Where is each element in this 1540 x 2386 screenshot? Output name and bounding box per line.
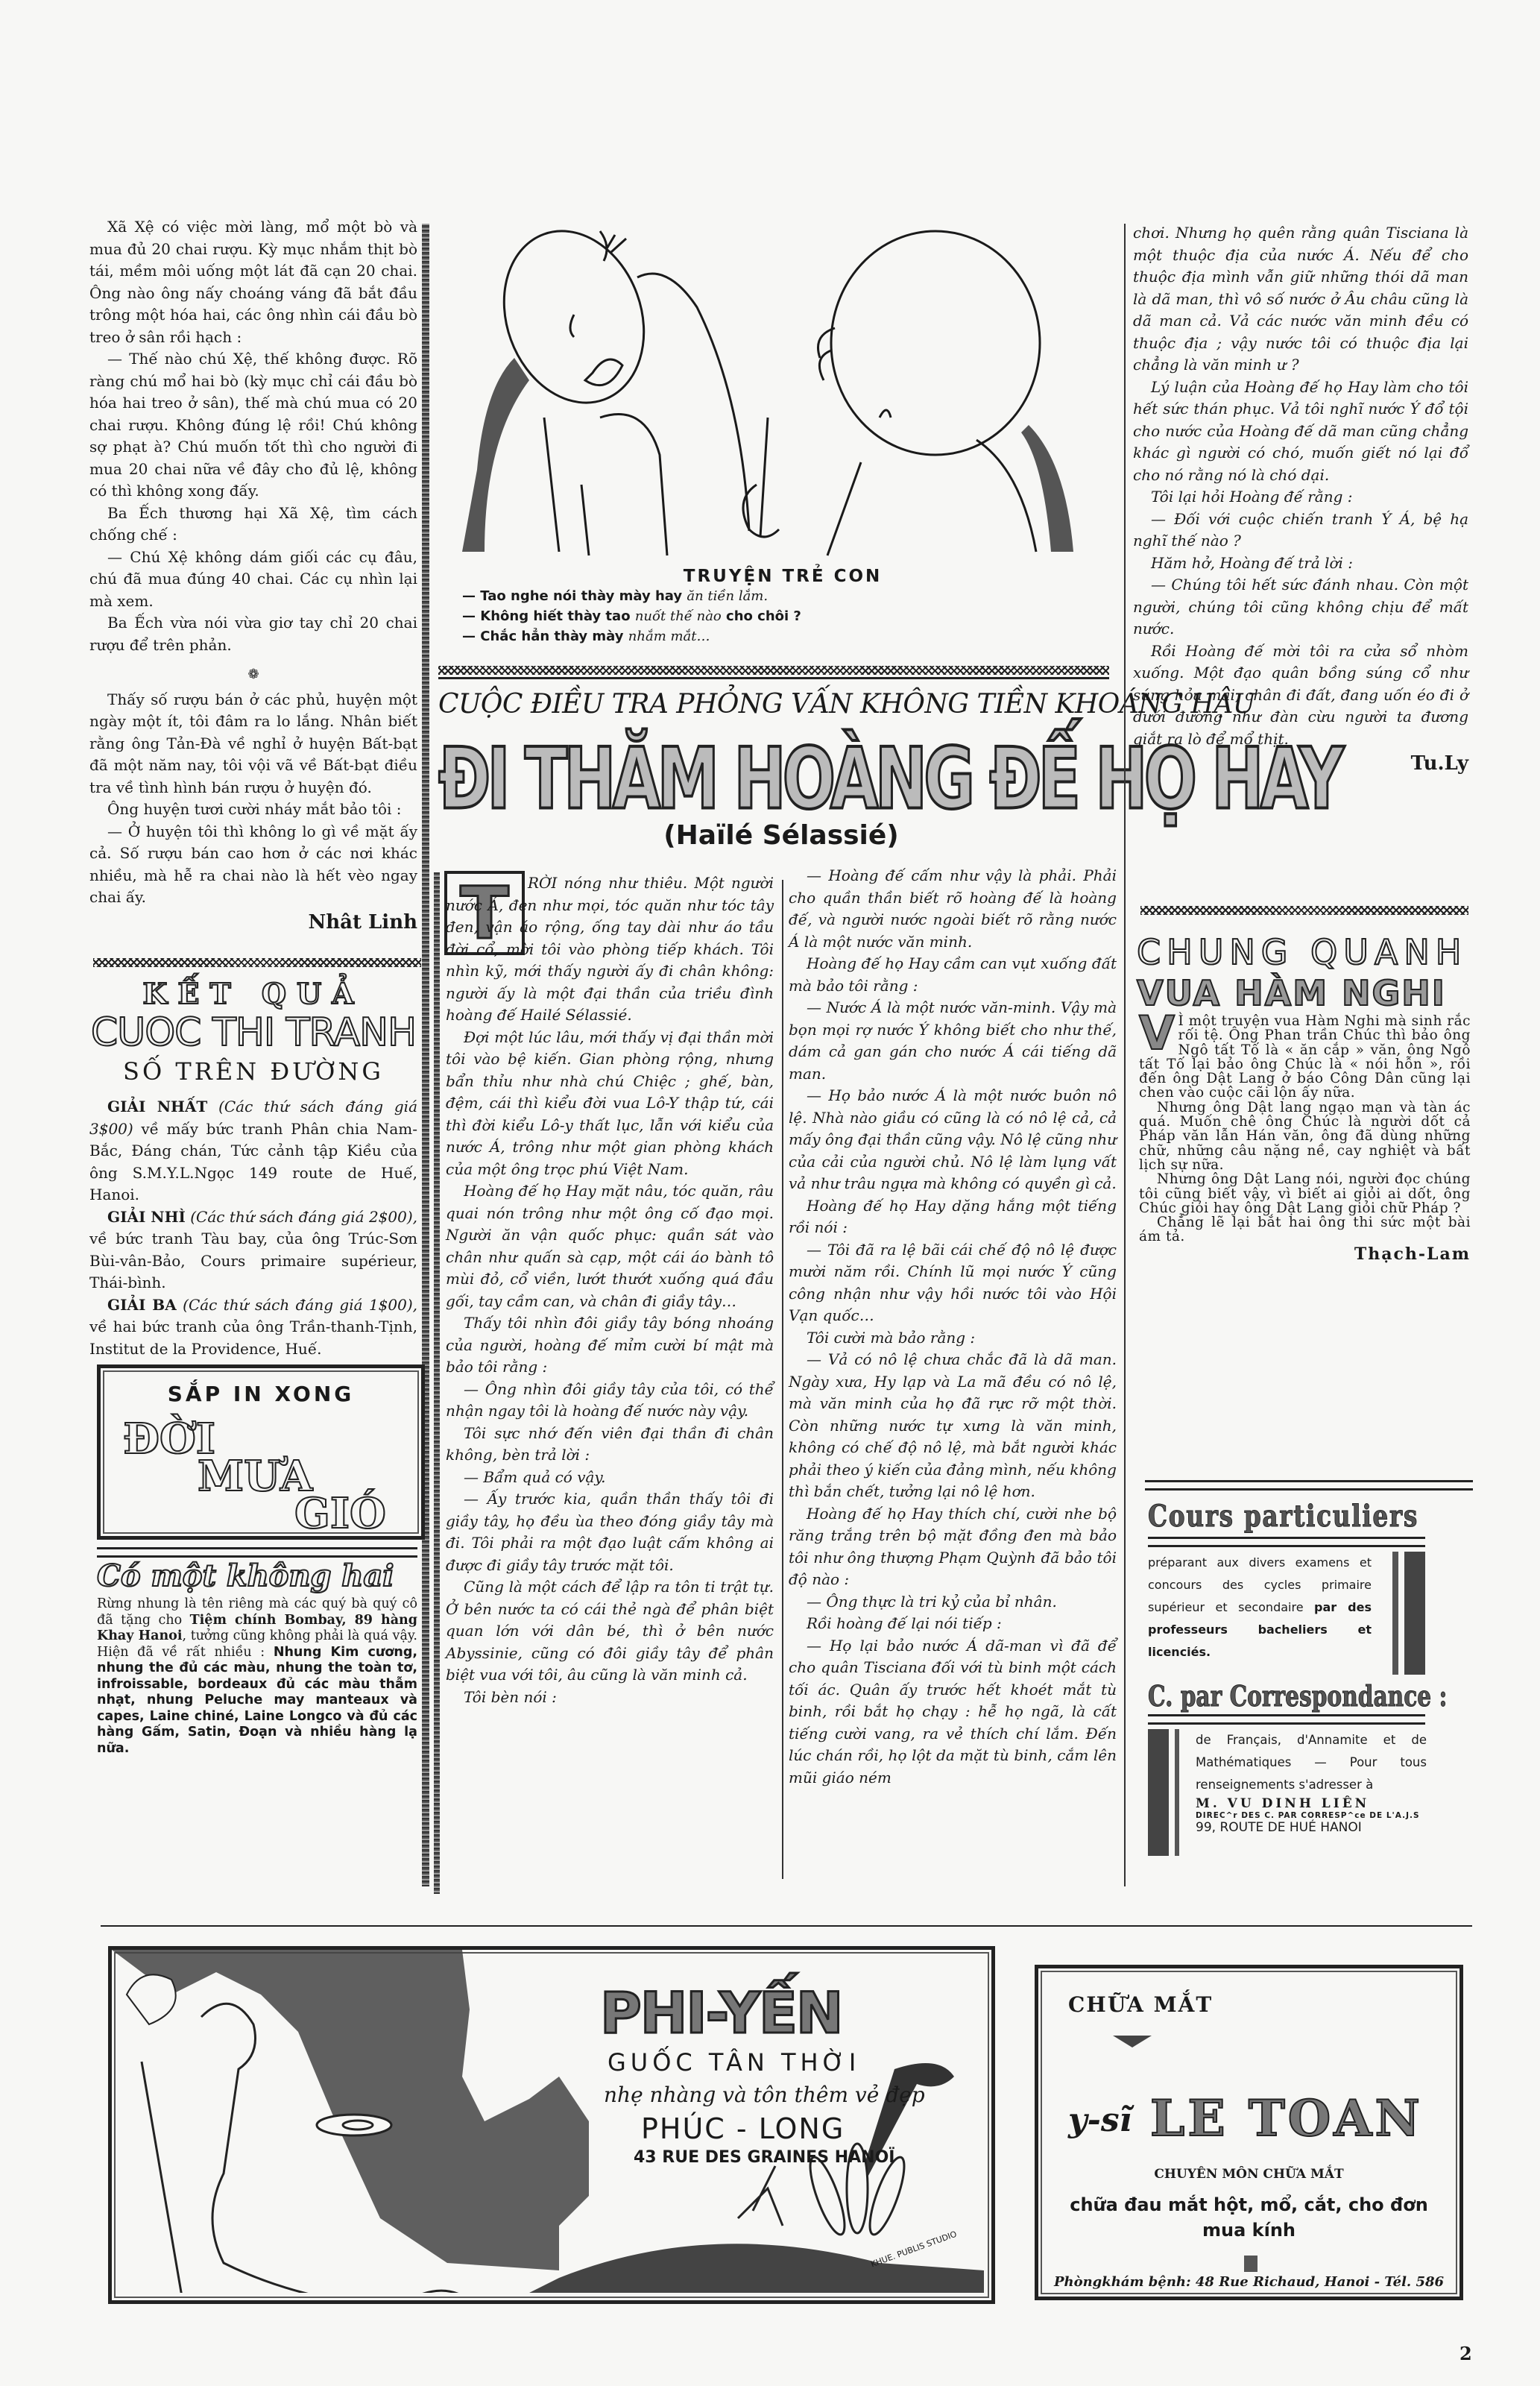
ham-nghi-title-2: VUA HÀM NGHI [1137,972,1472,1014]
shop-ad: Có một không hai Rừng nhung là tên riêng… [97,1558,417,1757]
contact-address: 99, ROUTE DE HUÉ HANOI [1196,1820,1427,1835]
ham-nghi-body: V Ì một truyện vua Hàm Nghi mà sinh rắc … [1139,1014,1471,1262]
article-column-3: chơi. Nhưng họ quên rằng quân Tisciana l… [1133,222,1468,775]
maker-address: 43 RUE DES GRAINES HANOÏ [634,2148,894,2167]
paragraph: — Tôi đã ra lệ bãi cái chế độ nô lệ được… [789,1239,1117,1327]
ham-nghi-article: CHUNG QUANH VUA HÀM NGHI [1137,932,1472,1014]
two-children-drawing-icon [455,224,1096,559]
ornament-divider [1140,906,1468,915]
left-story: Xã Xệ có việc mời làng, mổ một bò và mua… [89,216,417,934]
decorative-bar [1404,1552,1425,1675]
maker-name: PHÚC - LONG [641,2112,845,2145]
paragraph: RỜI nóng như thiêu. Một người nước Á, đe… [446,872,774,1027]
prize-second: GIẢI NHÌ (Các thứ sách đáng giá 2$00), v… [89,1206,417,1294]
paragraph: Hoàng đế họ Hay mặt nâu, tóc quăn, râu q… [446,1180,774,1312]
paragraph: Hăm hở, Hoàng đế trả lời : [1133,553,1468,575]
paragraph: — Thế nào chú Xệ, thế không được. Rõ ràn… [89,348,417,503]
decorative-bar [1392,1552,1398,1675]
author-signature: Tu.Ly [1133,753,1468,775]
cartoon-line: — Chắc hẳn thày mày nhắm mắt… [462,626,1103,646]
cartoon-title: TRUYỆN TRẺ CON [462,567,1103,586]
paragraph: Nhưng ông Dật lang ngạo mạn và tàn ác qu… [1139,1101,1471,1172]
drop-cap: V [1139,1014,1175,1053]
article-column-1: RỜI nóng như thiêu. Một người nước Á, đe… [446,872,774,1708]
woman-by-pond-illustration-icon [112,1950,984,2293]
decorative-bar [1175,1729,1179,1856]
column-rule [782,880,783,1879]
contest-results: KẾT QUẢ CUOC THI TRANH SỐ TRÊN ĐƯỜNG [89,977,417,1088]
correspondance-body: de Français, d'Annamite et de Mathématiq… [1196,1729,1427,1796]
cartoon-illustration [455,224,1096,559]
paragraph: — Hoàng đế cấm như vậy là phải. Phải cho… [789,865,1117,953]
paragraph: Thấy số rượu bán ở các phủ, huyện một ng… [89,689,417,799]
paragraph: — Ông thực là tri kỷ của bỉ nhân. [789,1591,1117,1614]
paragraph: Xã Xệ có việc mời làng, mổ một bò và mua… [89,216,417,348]
book-ad-kicker: SẮP IN XONG [101,1382,421,1406]
title-prefix: y-sĩ [1068,2101,1132,2139]
article-subhead: (Haïlé Sélassié) [438,820,1124,851]
goods-list: Nhung Kim cương, nhung the đủ các màu, n… [97,1645,417,1756]
ham-nghi-title-1: CHUNG QUANH [1137,932,1472,972]
divider [1148,1537,1425,1547]
down-arrow-icon [1113,2036,1152,2047]
paragraph: — Bẩm quả có vậy. [446,1467,774,1489]
paragraph: chơi. Nhưng họ quên rằng quân Tisciana l… [1133,222,1468,377]
paragraph: Thấy tôi nhìn đôi giầy tây bóng nhoáng c… [446,1312,774,1379]
article-kicker: CUỘC ĐIỀU TRA PHỎNG VẤN KHÔNG TIỀN KHOÁN… [438,689,1124,720]
paragraph: — Ông nhìn đôi giầy tây của tôi, có thể … [446,1379,774,1423]
paragraph: Cũng là một cách để lập ra tôn ti trật t… [446,1576,774,1687]
contact-name: M. VU DINH LIÊN [1196,1796,1427,1811]
phi-yen-ad: PHI-YẾN GUỐC TÂN THỜI nhẹ nhàng và tôn t… [108,1946,995,2304]
cartoon-caption: TRUYỆN TRẺ CON — Tao nghe nói thày mày h… [462,567,1103,646]
column-rule [1124,224,1126,1886]
clinic-address: Phòngkhám bệnh: 48 Rue Richaud, Hanoi - … [1038,2274,1459,2290]
ornament-divider [438,666,1109,675]
paragraph: Đợi một lúc lâu, mới thấy vị đại thần mờ… [446,1027,774,1181]
shop-ad-body: Rừng nhung là tên riêng mà các quý bà qu… [97,1596,417,1757]
brand-tagline: GUỐC TÂN THỜI [608,2048,860,2077]
doctor-name: LE TOAN [1150,2089,1423,2147]
cours-title: Cours particuliers [1148,1499,1404,1534]
paragraph: Rồi Hoàng đế mời tôi ra cửa sổ nhòm xuốn… [1133,640,1468,751]
paragraph: — Đối với cuộc chiến tranh Ý Á, bệ hạ ng… [1133,509,1468,553]
le-toan-ad: CHỮA MẮT y-sĩ LE TOAN CHUYÊN MÔN CHỮA MẮ… [1035,1965,1463,2300]
paragraph: — Họ bảo nước Á là một nước buôn nô lệ. … [789,1085,1117,1195]
cartoon-line: — Không hiết thày tao nuốt thế nào cho c… [462,606,1103,626]
paragraph: Hoàng đế họ Hay dặng hắng một tiếng rồi … [789,1195,1117,1239]
paragraph: Tôi sực nhớ đến viên đại thần đi chân kh… [446,1423,774,1467]
prize-first: GIẢI NHẤT (Các thứ sách đáng giá 3$00) v… [89,1096,417,1206]
paragraph: — Ở huyện tôi thì không lo gì về mặt ấy … [89,821,417,909]
divider [1145,1480,1473,1491]
paragraph: — Chúng tôi hết sức đánh nhau. Còn một n… [1133,574,1468,640]
brand-name: PHI-YẾN [600,1980,842,2046]
section-ornament: ❁ [89,664,417,686]
paragraph: Nhưng ông Dật Lang nói, người đọc chúng … [1139,1172,1471,1215]
paragraph: Ba Ếch vừa nói vừa giơ tay chỉ 20 chai r… [89,612,417,656]
page-number: 2 [1459,2343,1472,2364]
paragraph: Tôi bèn nói : [446,1687,774,1709]
author-signature: Thạch-Lam [1139,1247,1471,1262]
prize-third: GIẢI BA (Các thứ sách đáng giá 1$00), về… [89,1294,417,1361]
article-headline: ĐI THĂM HOÀNG ĐẾ HỌ HAY [438,729,1124,828]
brand-slogan: nhẹ nhàng và tôn thêm vẻ đẹp [604,2083,925,2107]
contest-subtitle: SỐ TRÊN ĐƯỜNG [89,1055,417,1088]
divider [438,677,1109,679]
divider [1148,1714,1425,1725]
ornament-divider [93,958,421,967]
correspondance-title: C. par Correspondance : [1148,1679,1392,1713]
contest-prizes: GIẢI NHẤT (Các thứ sách đáng giá 3$00) v… [89,1096,417,1360]
contest-title: CUOC THI TRANH [89,1010,417,1055]
paragraph: — Chú Xệ không dám giối các cụ đâu, chú … [89,547,417,613]
paragraph: — Ấy trước kia, quần thần thấy tôi đi gi… [446,1488,774,1576]
cours-ad: Cours particuliers préparant aux divers … [1148,1499,1461,1856]
paragraph: Hoàng đế họ Hay cầm can vụt xuống đất mà… [789,953,1117,997]
paragraph: — Họ lại bảo nước Á dã-man vì đã để cho … [789,1635,1117,1789]
author-signature: Nhât Linh [89,912,417,934]
column-rule [434,872,440,1894]
column-rule [422,224,429,1886]
paragraph: Hoàng đế họ Hay thích chí, cười nhe bộ r… [789,1503,1117,1591]
cours-body: préparant aux divers examens et concours… [1148,1552,1372,1675]
decorative-bar [1148,1729,1169,1856]
contest-kicker: KẾT QUẢ [89,977,417,1010]
paragraph: Lý luận của Hoàng đế họ Hay làm cho tôi … [1133,377,1468,487]
divider [97,1547,417,1558]
contact-role: DIREC^r DES C. PAR CORRESP^ce DE L'A.J.S [1196,1811,1427,1820]
divider [101,1925,1472,1927]
paragraph: Rồi hoàng đế lại nói tiếp : [789,1613,1117,1635]
paragraph: Ba Ếch thương hại Xã Xệ, tìm cách chống … [89,503,417,547]
paragraph: Tôi cười mà bảo rằng : [789,1327,1117,1350]
specialty: CHUYÊN MÔN CHỮA MẮT [1038,2167,1459,2182]
paragraph: — Nước Á là một nước văn-minh. Vậy mà bọ… [789,997,1117,1085]
cartoon-line: — Tao nghe nói thày mày hay ăn tiền lắm. [462,586,1103,606]
paragraph: Ì một truyện vua Hàm Nghi mà sinh rắc rố… [1139,1014,1471,1101]
paragraph: Ông huyện tươi cười nháy mắt bảo tôi : [89,799,417,821]
book-ad: SẮP IN XONG ĐỜI MƯA GIÓ [97,1364,425,1540]
paragraph: Chẳng lẽ lại bắt hai ông thi sức một bài… [1139,1215,1471,1244]
le-toan-kicker: CHỮA MẮT [1068,1992,1213,2017]
shop-ad-title: Có một không hai [97,1558,417,1593]
book-title-line: GIÓ [294,1489,386,1538]
paragraph: Tôi lại hỏi Hoàng đế rằng : [1133,486,1468,509]
article-column-2: — Hoàng đế cấm như vậy là phải. Phải cho… [789,865,1117,1789]
services: chữa đau mắt hột, mổ, cắt, cho đơn mua k… [1068,2192,1430,2243]
paragraph: — Vả có nô lệ chưa chắc đã là dã man. Ng… [789,1349,1117,1503]
ornament-icon [1244,2256,1257,2272]
